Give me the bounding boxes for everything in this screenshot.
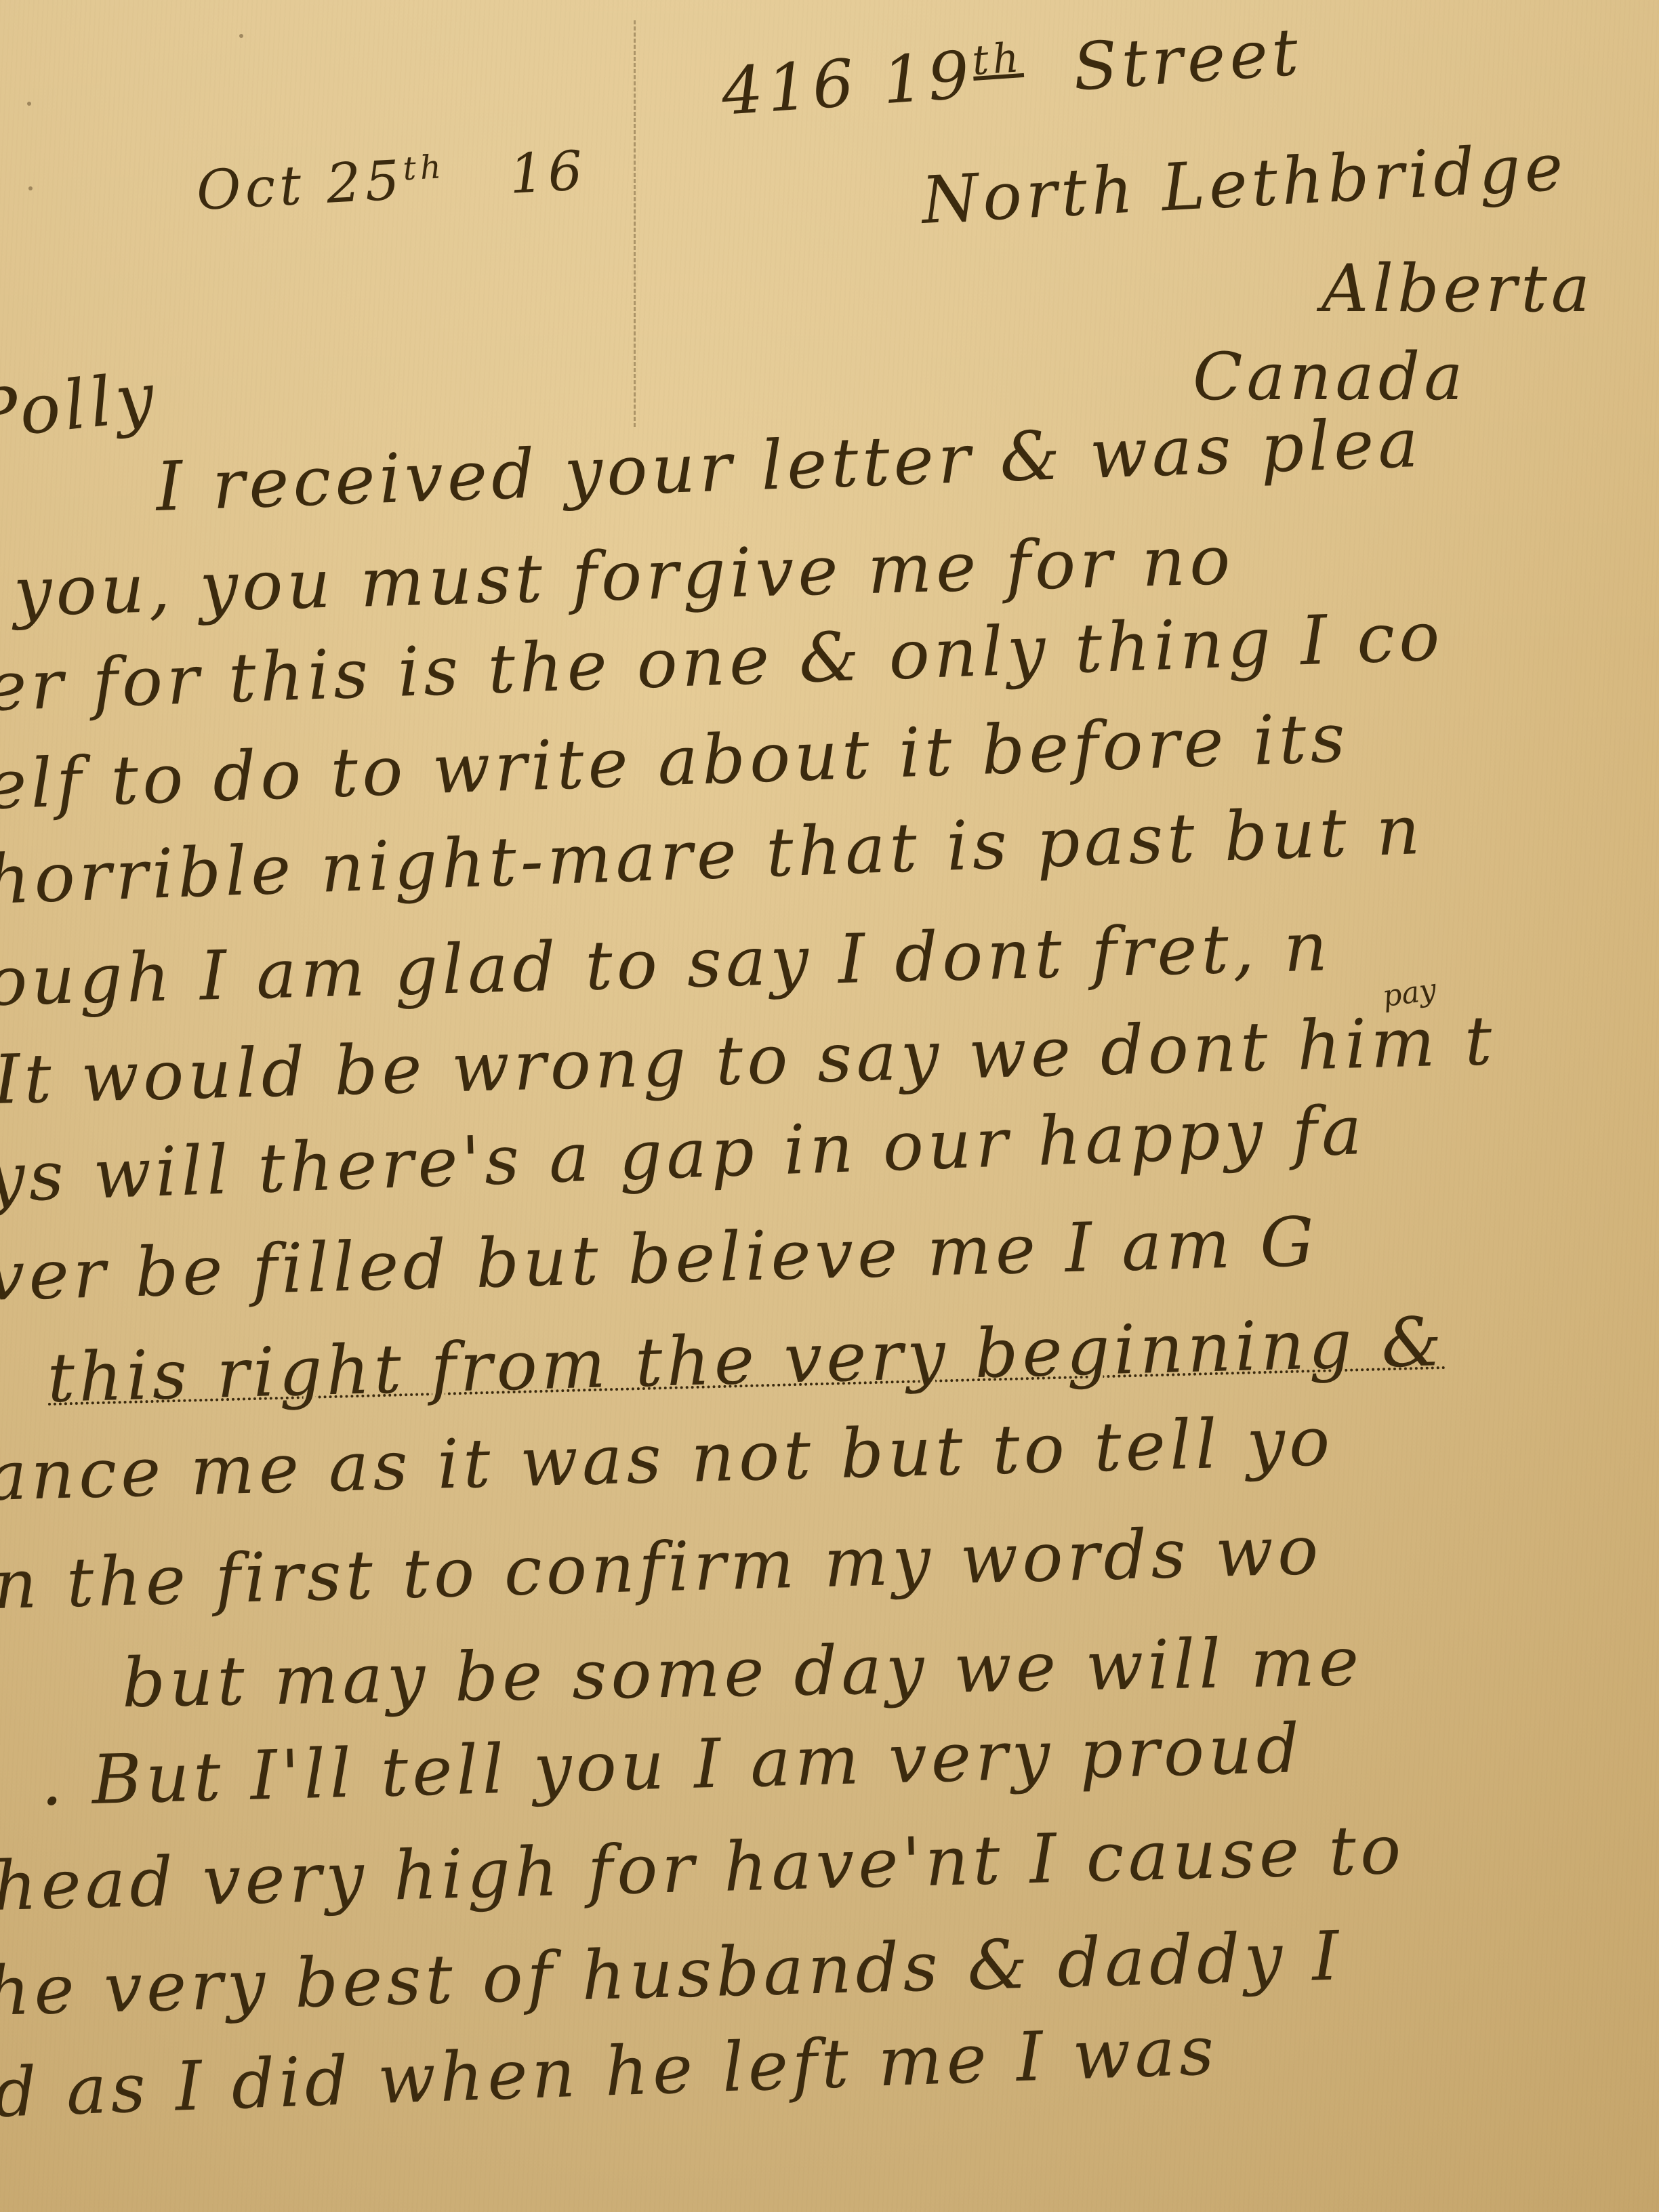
date-text: Oct 25 (195, 148, 405, 222)
paper-speck (239, 34, 243, 38)
paper-speck (27, 102, 31, 106)
address-line-3: Alberta (1322, 251, 1594, 327)
date-year: 16 (508, 139, 588, 206)
address-line-4: Canada (1193, 339, 1467, 415)
address-street: Street (1071, 14, 1305, 105)
paper-speck (28, 186, 33, 190)
date-suffix: th (402, 148, 446, 188)
page-fold-line (634, 20, 636, 427)
address-suffix: th (970, 34, 1024, 85)
